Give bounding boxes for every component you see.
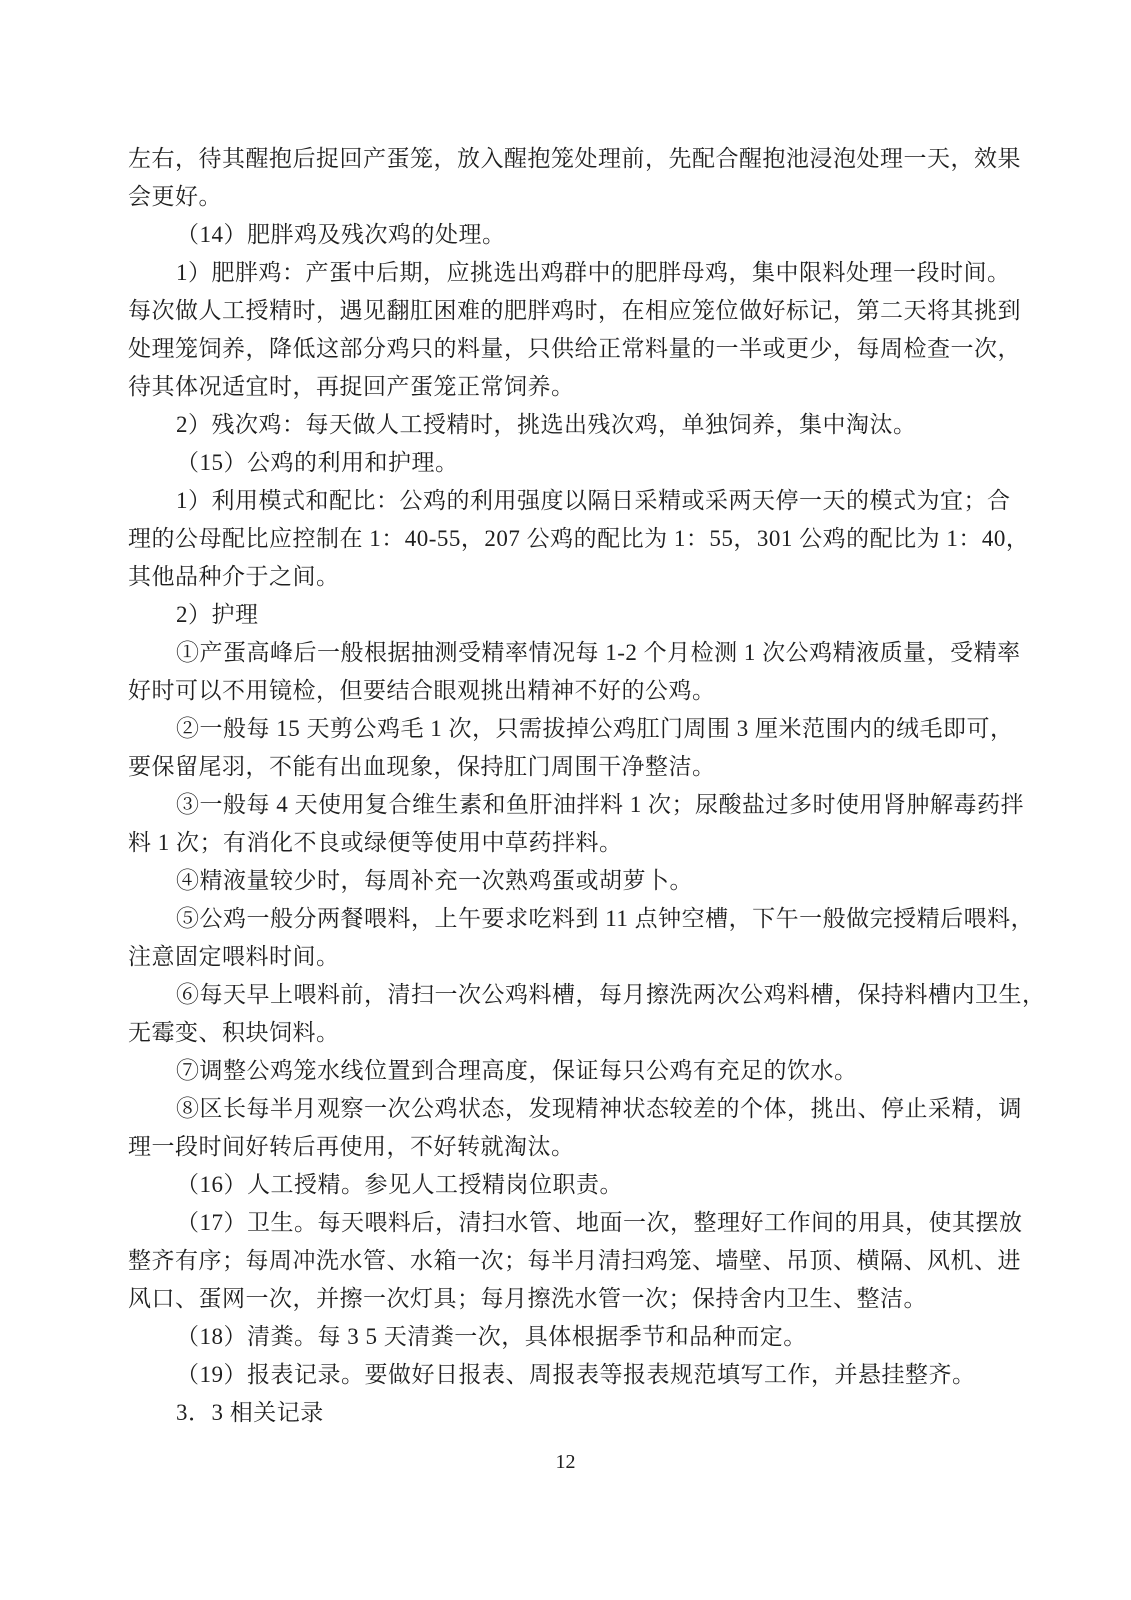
text-line: （17）卫生。每天喂料后，清扫水管、地面一次，整理好工作间的用具，使其摆放 bbox=[128, 1204, 1003, 1242]
text-line: 无霉变、积块饲料。 bbox=[128, 1014, 1003, 1052]
text-line: （18）清粪。每 3 5 天清粪一次，具体根据季节和品种而定。 bbox=[128, 1318, 1003, 1356]
text-line: 要保留尾羽，不能有出血现象，保持肛门周围干净整洁。 bbox=[128, 748, 1003, 786]
text-line: （14）肥胖鸡及残次鸡的处理。 bbox=[128, 216, 1003, 254]
text-line: 注意固定喂料时间。 bbox=[128, 938, 1003, 976]
text-line: （16）人工授精。参见人工授精岗位职责。 bbox=[128, 1166, 1003, 1204]
text-line: 2）护理 bbox=[128, 596, 1003, 634]
text-line: ⑧区长每半月观察一次公鸡状态，发现精神状态较差的个体，挑出、停止采精，调 bbox=[128, 1090, 1003, 1128]
text-line: ③一般每 4 天使用复合维生素和鱼肝油拌料 1 次；尿酸盐过多时使用肾肿解毒药拌 bbox=[128, 786, 1003, 824]
text-line: 其他品种介于之间。 bbox=[128, 558, 1003, 596]
text-line: 3．3 相关记录 bbox=[128, 1394, 1003, 1432]
text-line: ⑥每天早上喂料前，清扫一次公鸡料槽，每月擦洗两次公鸡料槽，保持料槽内卫生， bbox=[128, 976, 1003, 1014]
text-line: 理一段时间好转后再使用，不好转就淘汰。 bbox=[128, 1128, 1003, 1166]
text-line: 会更好。 bbox=[128, 178, 1003, 216]
text-line: 好时可以不用镜检，但要结合眼观挑出精神不好的公鸡。 bbox=[128, 672, 1003, 710]
text-line: （19）报表记录。要做好日报表、周报表等报表规范填写工作，并悬挂整齐。 bbox=[128, 1356, 1003, 1394]
document-page: 左右，待其醒抱后捉回产蛋笼，放入醒抱笼处理前，先配合醒抱池浸泡处理一天，效果会更… bbox=[0, 0, 1131, 1600]
text-line: 理的公母配比应控制在 1：40-55，207 公鸡的配比为 1：55，301 公… bbox=[128, 520, 1003, 558]
text-line: （15）公鸡的利用和护理。 bbox=[128, 444, 1003, 482]
text-line: 1）利用模式和配比：公鸡的利用强度以隔日采精或采两天停一天的模式为宜；合 bbox=[128, 482, 1003, 520]
text-line: ①产蛋高峰后一般根据抽测受精率情况每 1-2 个月检测 1 次公鸡精液质量，受精… bbox=[128, 634, 1003, 672]
text-line: ⑤公鸡一般分两餐喂料，上午要求吃料到 11 点钟空槽，下午一般做完授精后喂料， bbox=[128, 900, 1003, 938]
text-line: 每次做人工授精时，遇见翻肛困难的肥胖鸡时，在相应笼位做好标记，第二天将其挑到 bbox=[128, 292, 1003, 330]
text-line: 1）肥胖鸡：产蛋中后期，应挑选出鸡群中的肥胖母鸡，集中限料处理一段时间。 bbox=[128, 254, 1003, 292]
text-line: 处理笼饲养，降低这部分鸡只的料量，只供给正常料量的一半或更少，每周检查一次， bbox=[128, 330, 1003, 368]
text-line: 待其体况适宜时，再捉回产蛋笼正常饲养。 bbox=[128, 368, 1003, 406]
text-line: ⑦调整公鸡笼水线位置到合理高度，保证每只公鸡有充足的饮水。 bbox=[128, 1052, 1003, 1090]
text-block: 左右，待其醒抱后捉回产蛋笼，放入醒抱笼处理前，先配合醒抱池浸泡处理一天，效果会更… bbox=[128, 140, 1003, 1432]
text-line: 料 1 次；有消化不良或绿便等使用中草药拌料。 bbox=[128, 824, 1003, 862]
text-line: ②一般每 15 天剪公鸡毛 1 次，只需拔掉公鸡肛门周围 3 厘米范围内的绒毛即… bbox=[128, 710, 1003, 748]
text-line: 左右，待其醒抱后捉回产蛋笼，放入醒抱笼处理前，先配合醒抱池浸泡处理一天，效果 bbox=[128, 140, 1003, 178]
page-number: 12 bbox=[0, 1448, 1131, 1476]
text-line: ④精液量较少时，每周补充一次熟鸡蛋或胡萝卜。 bbox=[128, 862, 1003, 900]
text-line: 风口、蛋网一次，并擦一次灯具；每月擦洗水管一次；保持舍内卫生、整洁。 bbox=[128, 1280, 1003, 1318]
text-line: 整齐有序；每周冲洗水管、水箱一次；每半月清扫鸡笼、墙壁、吊顶、横隔、风机、进 bbox=[128, 1242, 1003, 1280]
text-line: 2）残次鸡：每天做人工授精时，挑选出残次鸡，单独饲养，集中淘汰。 bbox=[128, 406, 1003, 444]
